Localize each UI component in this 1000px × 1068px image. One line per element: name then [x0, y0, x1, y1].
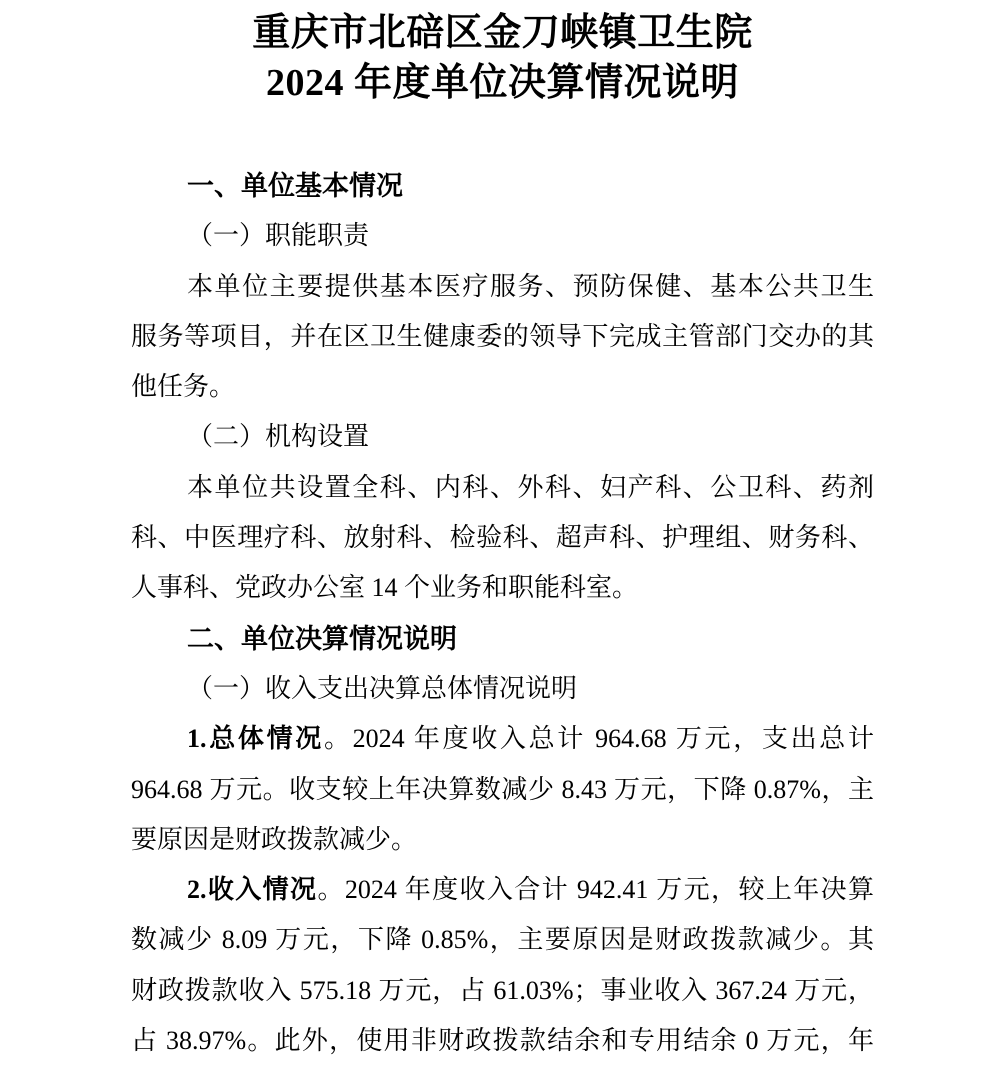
paragraph-line: 他任务。	[131, 362, 874, 412]
section-heading-1: 一、单位基本情况	[131, 161, 874, 211]
paragraph-text: 。2024 年度收入合计 942.41 万元，较上年决算	[317, 875, 874, 904]
paragraph-bold-label: 2.收入情况	[187, 875, 317, 904]
paragraph-line: 2.收入情况。2024 年度收入合计 942.41 万元，较上年决算	[131, 865, 874, 915]
paragraph-line: 数减少 8.09 万元，下降 0.85%，主要原因是财政拨款减少。其中：	[131, 915, 874, 965]
paragraph-text: 。2024 年度收入总计 964.68 万元，支出总计	[324, 724, 874, 753]
document-body: 一、单位基本情况 （一）职能职责 本单位主要提供基本医疗服务、预防保健、基本公共…	[131, 161, 874, 1066]
paragraph-line: 科、中医理疗科、放射科、检验科、超声科、护理组、财务科、	[131, 513, 874, 563]
subsection-heading-2-1: （一）收入支出决算总体情况说明	[131, 664, 874, 714]
paragraph-line: 964.68 万元。收支较上年决算数减少 8.43 万元，下降 0.87%，主	[131, 765, 874, 815]
document-title: 重庆市北碚区金刀峡镇卫生院 2024 年度单位决算情况说明	[131, 8, 874, 108]
paragraph-line: 1.总体情况。2024 年度收入总计 964.68 万元，支出总计	[131, 714, 874, 764]
subsection-heading-1-1: （一）职能职责	[131, 211, 874, 261]
section-heading-2: 二、单位决算情况说明	[131, 614, 874, 664]
paragraph-line: 人事科、党政办公室 14 个业务和职能科室。	[131, 563, 874, 613]
document-content: 重庆市北碚区金刀峡镇卫生院 2024 年度单位决算情况说明 一、单位基本情况 （…	[131, 0, 874, 1066]
paragraph-bold-label: 1.总体情况	[187, 724, 324, 753]
paragraph-line: 服务等项目，并在区卫生健康委的领导下完成主管部门交办的其	[131, 312, 874, 362]
paragraph-line: 本单位共设置全科、内科、外科、妇产科、公卫科、药剂	[131, 463, 874, 513]
paragraph-line: 占 38.97%。此外，使用非财政拨款结余和专用结余 0 万元，年	[131, 1016, 874, 1066]
document-title-line-1: 重庆市北碚区金刀峡镇卫生院	[131, 8, 874, 58]
document-page: 重庆市北碚区金刀峡镇卫生院 2024 年度单位决算情况说明 一、单位基本情况 （…	[0, 0, 1000, 1068]
paragraph-line: 要原因是财政拨款减少。	[131, 815, 874, 865]
paragraph-line: 本单位主要提供基本医疗服务、预防保健、基本公共卫生	[131, 262, 874, 312]
subsection-heading-1-2: （二）机构设置	[131, 412, 874, 462]
document-title-line-2: 2024 年度单位决算情况说明	[131, 58, 874, 108]
paragraph-line: 财政拨款收入 575.18 万元，占 61.03%；事业收入 367.24 万元…	[131, 966, 874, 1016]
